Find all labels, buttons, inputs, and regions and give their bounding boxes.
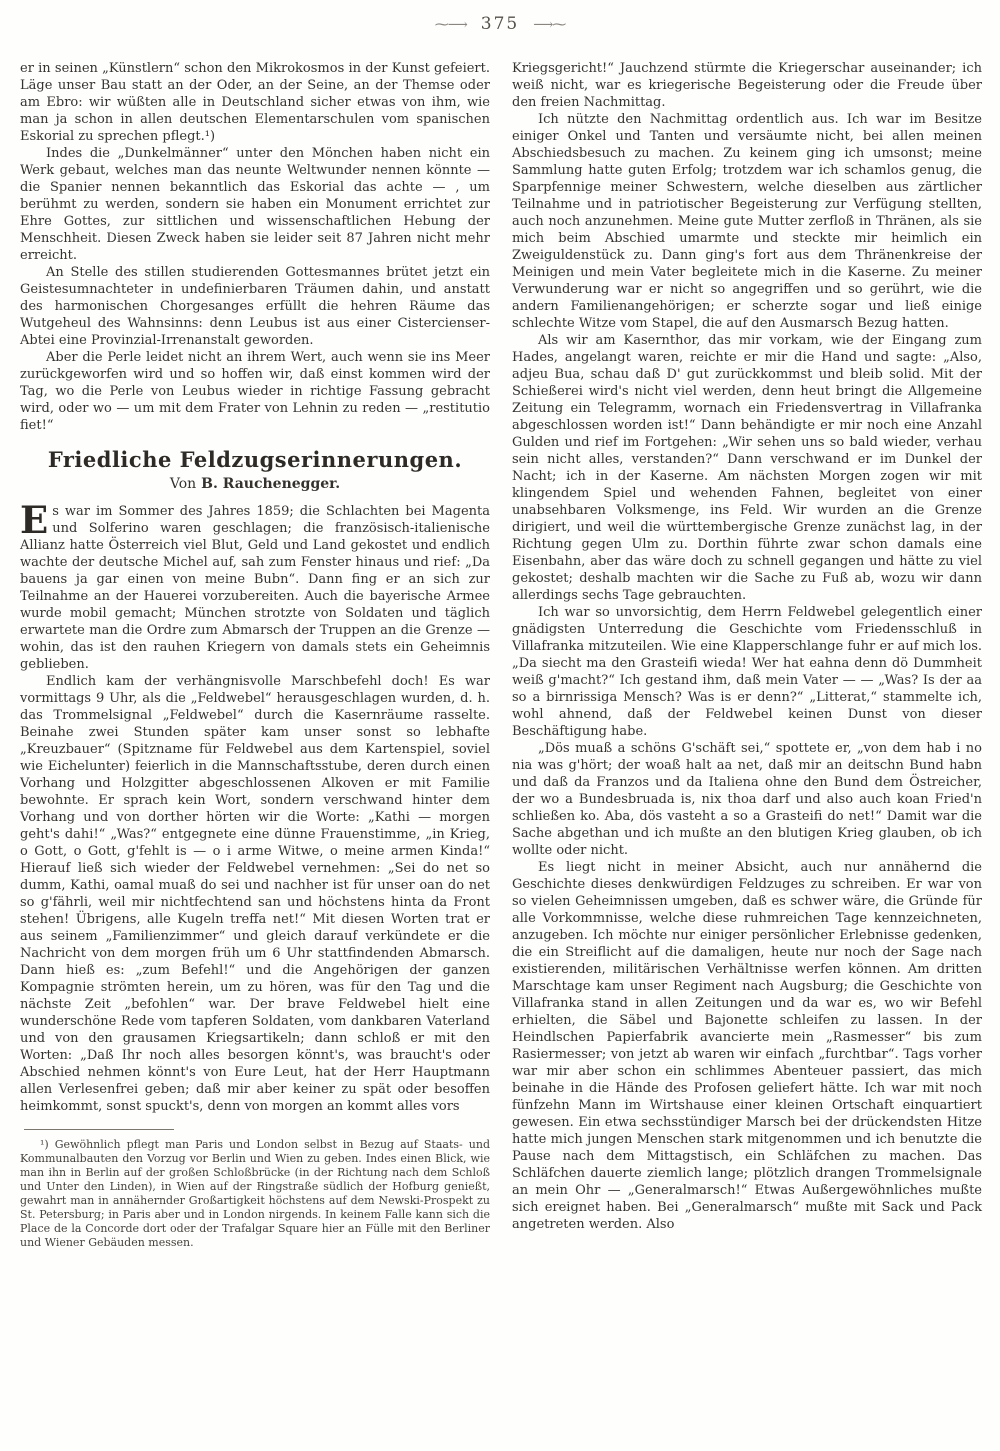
paragraph: „Dös muaß a schöns G'schäft sei,“ spotte… <box>512 740 982 859</box>
paragraph: Aber die Perle leidet nicht an ihrem Wer… <box>20 349 490 434</box>
page-number: 375 <box>481 14 519 34</box>
header-ornament-left: ⁓⟶ <box>435 17 467 33</box>
paragraph: Als wir am Kasernthor, das mir vorkam, w… <box>512 332 982 604</box>
paragraph: Indes die „Dunkelmänner“ unter den Mönch… <box>20 145 490 264</box>
footnote-divider <box>24 1129 174 1130</box>
paragraph: Kriegsgericht!“ Jauchzend stürmte die Kr… <box>512 60 982 111</box>
journal-page: ⁓⟶375⟶⁓ er in seinen „Künstlern“ schon d… <box>0 0 1000 1451</box>
footnote-text: ¹) Gewöhnlich pflegt man Paris und Londo… <box>20 1138 490 1250</box>
right-column: Kriegsgericht!“ Jauchzend stürmte die Kr… <box>512 60 982 1250</box>
text-columns: er in seinen „Künstlern“ schon den Mikro… <box>0 46 1000 1250</box>
paragraph: Es war im Sommer des Jahres 1859; die Sc… <box>20 503 490 673</box>
drop-cap: E <box>20 503 52 536</box>
byline-prefix: Von <box>170 476 196 492</box>
paragraph: Endlich kam der verhängnisvolle Marschbe… <box>20 673 490 1115</box>
paragraph: er in seinen „Künstlern“ schon den Mikro… <box>20 60 490 145</box>
paragraph: Es liegt nicht in meiner Absicht, auch n… <box>512 859 982 1233</box>
byline-author: B. Rauchenegger. <box>201 476 340 492</box>
article-byline: VonB. Rauchenegger. <box>20 476 490 493</box>
paragraph: Ich nützte den Nachmittag ordentlich aus… <box>512 111 982 332</box>
page-header: ⁓⟶375⟶⁓ <box>0 0 1000 46</box>
paragraph-text: s war im Sommer des Jahres 1859; die Sch… <box>20 504 490 672</box>
left-column: er in seinen „Künstlern“ schon den Mikro… <box>20 60 490 1250</box>
article-title: Friedliche Feldzugserinnerungen. <box>20 448 490 472</box>
header-ornament-right: ⟶⁓ <box>533 17 565 33</box>
paragraph: An Stelle des stillen studierenden Gotte… <box>20 264 490 349</box>
paragraph: Ich war so unvorsichtig, dem Herrn Feldw… <box>512 604 982 740</box>
footnote: ¹) Gewöhnlich pflegt man Paris und Londo… <box>20 1138 490 1250</box>
